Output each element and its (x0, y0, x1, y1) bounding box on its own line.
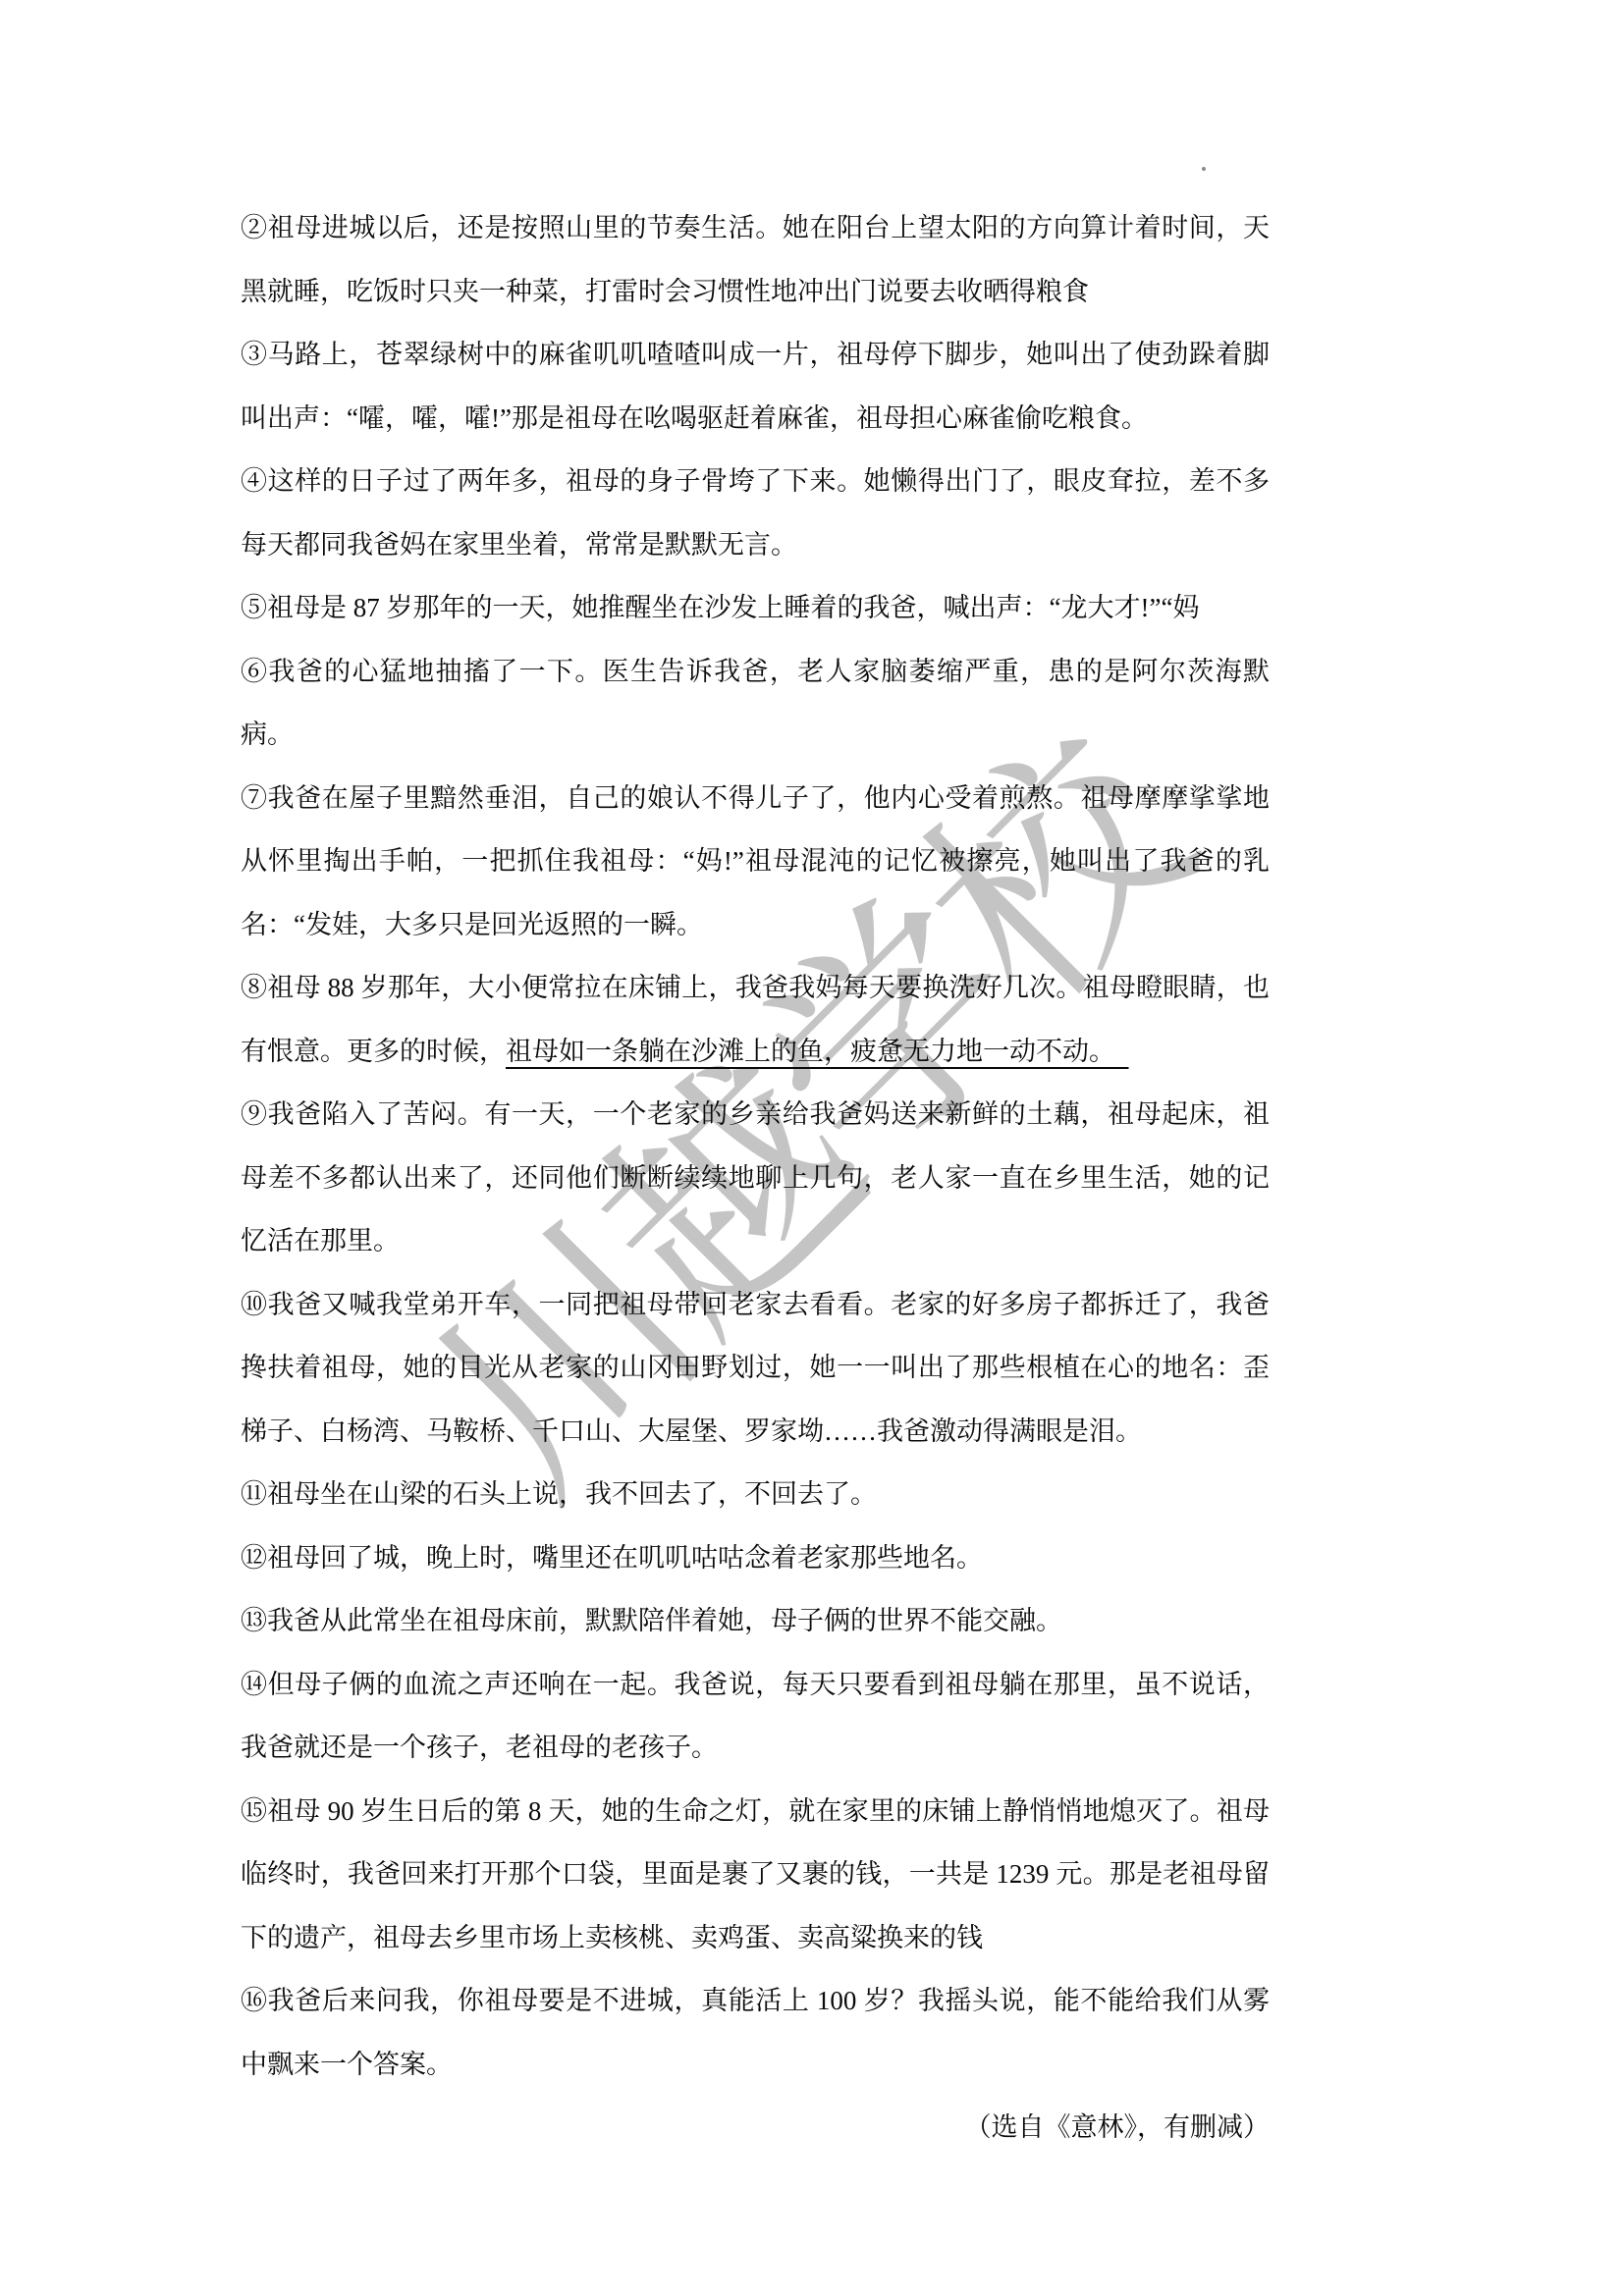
paragraph-07: ⑦我爸在屋子里黯然垂泪，自己的娘认不得儿子了，他内心受着煎熬。祖母摩摩挲挲地从怀… (241, 767, 1270, 957)
document-page: 川越学校 ②祖母进城以后，还是按照山里的节奏生活。她在阳台上望太阳的方向算计着时… (0, 0, 1624, 2296)
paragraph-02: ②祖母进城以后，还是按照山里的节奏生活。她在阳台上望太阳的方向算计着时间，天黑就… (241, 196, 1270, 323)
source-attribution: （选自《意林》，有删减） (241, 2096, 1270, 2160)
paragraph-16: ⑯我爸后来问我，你祖母要是不进城，真能活上 100 岁？我摇头说，能不能给我们从… (241, 1969, 1270, 2096)
reading-passage: ②祖母进城以后，还是按照山里的节奏生活。她在阳台上望太阳的方向算计着时间，天黑就… (241, 196, 1270, 2160)
paragraph-10: ⑩我爸又喊我堂弟开车，一同把祖母带回老家去看看。老家的好多房子都拆迁了，我爸搀扶… (241, 1273, 1270, 1464)
paragraph-04: ④这样的日子过了两年多，祖母的身子骨垮了下来。她懒得出门了，眼皮耷拉，差不多每天… (241, 450, 1270, 576)
paragraph-14: ⑭但母子俩的血流之声还响在一起。我爸说，每天只要看到祖母躺在那里，虽不说话，我爸… (241, 1653, 1270, 1780)
underlined-sentence: 祖母如一条躺在沙滩上的鱼，疲惫无力地一动不动。 (506, 1037, 1129, 1066)
paragraph-03: ③马路上，苍翠绿树中的麻雀叽叽喳喳叫成一片，祖母停下脚步，她叫出了使劲跺着脚叫出… (241, 323, 1270, 450)
paragraph-13: ⑬我爸从此常坐在祖母床前，默默陪伴着她，母子俩的世界不能交融。 (241, 1589, 1270, 1653)
paragraph-09: ⑨我爸陷入了苦闷。有一天，一个老家的乡亲给我爸妈送来新鲜的土藕，祖母起床，祖母差… (241, 1083, 1270, 1273)
paragraph-05: ⑤祖母是 87 岁那年的一天，她推醒坐在沙发上睡着的我爸，喊出声：“龙大才!”“… (241, 576, 1270, 640)
stray-dot-mark (1202, 167, 1206, 171)
paragraph-08: ⑧祖母 88 岁那年，大小便常拉在床铺上，我爸我妈每天要换洗好几次。祖母瞪眼睛，… (241, 956, 1270, 1083)
paragraph-06: ⑥我爸的心猛地抽搐了一下。医生告诉我爸，老人家脑萎缩严重，患的是阿尔茨海默病。 (241, 640, 1270, 767)
paragraph-11: ⑪祖母坐在山梁的石头上说，我不回去了，不回去了。 (241, 1463, 1270, 1526)
paragraph-15: ⑮祖母 90 岁生日后的第 8 天，她的生命之灯，就在家里的床铺上静悄悄地熄灭了… (241, 1780, 1270, 1970)
paragraph-12: ⑫祖母回了城，晚上时，嘴里还在叽叽咕咕念着老家那些地名。 (241, 1526, 1270, 1590)
